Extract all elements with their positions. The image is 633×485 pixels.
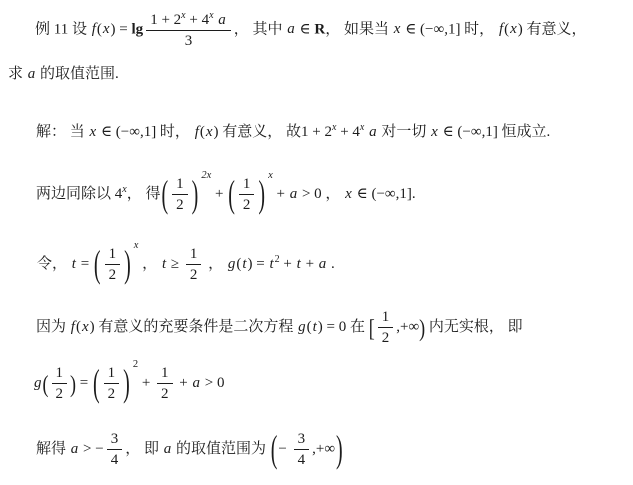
- fraction: 12: [239, 176, 255, 213]
- open-paren: (: [93, 246, 102, 284]
- text-run: 的取值范围为: [172, 441, 270, 457]
- text-run: ≥: [167, 256, 183, 272]
- math-variable: x: [89, 124, 98, 140]
- fraction: 12: [105, 246, 121, 283]
- math-variable: a: [163, 441, 173, 457]
- problem-statement-line-2: 求 a 的取值范围.: [8, 64, 119, 84]
- solution-conclusion: 解得 a > −34， 即 a 的取值范围为 (− 34,+∞): [36, 431, 344, 468]
- fraction: 12: [186, 246, 202, 283]
- paren-exponent: 2: [133, 360, 138, 371]
- fraction-denominator: 2: [52, 384, 68, 403]
- math-variable: x: [344, 186, 353, 202]
- text-run: 令，: [37, 256, 71, 272]
- paren-inner: 12: [101, 365, 123, 402]
- math-variable: x: [102, 21, 111, 37]
- text-run: 1 + 2: [150, 12, 181, 28]
- superscript: x: [209, 10, 213, 21]
- text-run: 的取值范围.: [36, 66, 119, 82]
- fraction: 12: [172, 176, 188, 213]
- open-paren: (: [160, 176, 169, 214]
- fraction-numerator: 1: [157, 365, 173, 384]
- text-run: ) =: [248, 256, 269, 272]
- paren-group: (12)x: [93, 246, 139, 283]
- paren-group: (12): [43, 365, 77, 402]
- open-paren: (: [92, 365, 101, 403]
- text-run: 解： 当: [36, 124, 89, 140]
- text-run: ) 有意义， 故1 + 2: [214, 124, 332, 140]
- paren-inner: 12: [236, 176, 258, 213]
- text-run: ) = 0 在: [318, 319, 369, 335]
- text-run: ，: [204, 256, 227, 272]
- fraction-denominator: 2: [186, 265, 202, 284]
- text-run: =: [76, 375, 92, 391]
- close-paren: ): [122, 365, 131, 403]
- math-variable: x: [205, 124, 214, 140]
- text-run: =: [77, 256, 93, 272]
- fraction-denominator: 4: [294, 450, 310, 469]
- close-paren: ): [257, 176, 266, 214]
- text-run: ， 如果当: [325, 21, 393, 37]
- text-run: + 4: [336, 124, 359, 140]
- fraction-numerator: 3: [107, 431, 123, 450]
- fraction-numerator: 1: [378, 309, 394, 328]
- close-paren: ): [70, 371, 76, 395]
- close-paren: ): [123, 246, 132, 284]
- fraction: 12: [52, 365, 68, 402]
- text-run: +: [280, 256, 296, 272]
- fraction-denominator: 2: [157, 384, 173, 403]
- text-run: ， 即: [125, 441, 163, 457]
- text-run: ) =: [111, 21, 132, 37]
- text-run: ) 有意义，: [518, 21, 587, 37]
- fraction-denominator: 2: [378, 328, 394, 347]
- math-variable: g: [33, 375, 43, 391]
- text-run: +: [138, 375, 154, 391]
- text-run: > −: [79, 441, 103, 457]
- fraction-numerator: 1: [52, 365, 68, 384]
- text-run: 因为: [36, 319, 70, 335]
- fraction-numerator: 1: [239, 176, 255, 195]
- math-variable: g: [297, 319, 307, 335]
- open-paren: (: [227, 176, 236, 214]
- text-run: > 0 ，: [298, 186, 344, 202]
- text-run: ， 得: [127, 186, 161, 202]
- solution-step-3: 令， t = (12)x ， t ≥ 12 ， g(t) = t2 + t + …: [37, 246, 335, 283]
- text-run: ∈: [296, 21, 315, 37]
- paren-group: (− 34,+∞): [270, 431, 344, 468]
- text-run: ∈ (−∞,1] 恒成立.: [439, 124, 551, 140]
- math-variable: x: [81, 319, 90, 335]
- text-run: +: [211, 186, 227, 202]
- text-run: ， 其中: [234, 21, 287, 37]
- text-run: ) 有意义的充要条件是二次方程: [90, 319, 298, 335]
- solution-step-5: g(12) = (12)2 + 12 + a > 0: [33, 365, 224, 402]
- fraction-numerator: 1: [104, 365, 120, 384]
- open-paren: (: [270, 431, 279, 469]
- fraction-denominator: 4: [107, 450, 123, 469]
- solution-step-1: 解： 当 x ∈ (−∞,1] 时， f(x) 有意义， 故1 + 2x + 4…: [36, 122, 550, 142]
- solution-step-4: 因为 f(x) 有意义的充要条件是二次方程 g(t) = 0 在 [12,+∞)…: [36, 309, 523, 346]
- paren-inner: 12: [169, 176, 191, 213]
- fraction: 12: [157, 365, 173, 402]
- math-variable: g: [227, 256, 237, 272]
- text-run: 两边同除以 4: [36, 186, 122, 202]
- math-variable: a: [318, 256, 328, 272]
- fraction-numerator: 1 + 2x + 4x a: [146, 11, 231, 31]
- bold-text-run: lg: [132, 21, 144, 37]
- text-run: ,+∞: [312, 441, 335, 457]
- text-run: > 0: [201, 375, 224, 391]
- fraction-numerator: 1: [172, 176, 188, 195]
- paren-exponent: 2x: [201, 171, 211, 182]
- close-paren: ): [335, 431, 344, 469]
- fraction: 34: [107, 431, 123, 468]
- math-variable: a: [192, 375, 202, 391]
- text-run: ∈ (−∞,1] 时，: [401, 21, 498, 37]
- open-paren: (: [43, 371, 49, 395]
- fraction-denominator: 2: [172, 195, 188, 214]
- text-run: 解得: [36, 441, 70, 457]
- fraction-denominator: 2: [104, 384, 120, 403]
- text-run: 内无实根， 即: [425, 319, 523, 335]
- fraction-denominator: 2: [239, 195, 255, 214]
- solution-step-2: 两边同除以 4x， 得(12)2x + (12)x + a > 0 ， x ∈ …: [36, 176, 416, 213]
- paren-inner: 12,+∞: [375, 309, 419, 346]
- paren-inner: 12: [102, 246, 124, 283]
- paren-group: (12)2: [92, 365, 138, 402]
- math-variable: a: [368, 124, 378, 140]
- close-paren: ): [419, 315, 425, 339]
- text-run: 求: [8, 66, 27, 82]
- close-paren: ): [191, 176, 200, 214]
- text-run: ∈ (−∞,1] 时，: [97, 124, 194, 140]
- fraction: 1 + 2x + 4x a3: [146, 11, 231, 49]
- text-run: +: [176, 375, 192, 391]
- fraction-denominator: 3: [146, 31, 231, 50]
- fraction-numerator: 1: [186, 246, 202, 265]
- document-page: 例 11 设 f(x) = lg1 + 2x + 4x a3， 其中 a ∈ R…: [0, 0, 633, 485]
- problem-statement-line-1: 例 11 设 f(x) = lg1 + 2x + 4x a3， 其中 a ∈ R…: [35, 11, 587, 49]
- text-run: ∈ (−∞,1].: [353, 186, 416, 202]
- bold-text-run: R: [314, 21, 325, 37]
- fraction: 34: [294, 431, 310, 468]
- fraction: 12: [104, 365, 120, 402]
- text-run: +: [302, 256, 318, 272]
- math-variable: x: [430, 124, 439, 140]
- text-run: (: [307, 319, 312, 335]
- open-paren: [: [369, 315, 375, 339]
- text-run: 例 11 设: [35, 21, 91, 37]
- fraction-denominator: 2: [105, 265, 121, 284]
- math-variable: a: [27, 66, 37, 82]
- text-run: ，: [138, 256, 161, 272]
- math-variable: a: [70, 441, 80, 457]
- math-variable: a: [286, 21, 296, 37]
- paren-group: (12)2x: [160, 176, 211, 213]
- paren-exponent: x: [268, 171, 273, 182]
- fraction-numerator: 1: [105, 246, 121, 265]
- fraction: 12: [378, 309, 394, 346]
- text-run: + 4: [186, 12, 209, 28]
- math-variable: a: [289, 186, 299, 202]
- text-run: 对一切: [378, 124, 431, 140]
- paren-group: (12)x: [227, 176, 273, 213]
- text-run: ,+∞: [396, 319, 419, 335]
- text-run: +: [273, 186, 289, 202]
- paren-group: [12,+∞): [369, 309, 425, 346]
- fraction-numerator: 3: [294, 431, 310, 450]
- paren-exponent: x: [134, 241, 139, 252]
- paren-inner: 12: [49, 365, 71, 402]
- text-run: .: [327, 256, 335, 272]
- math-variable: x: [509, 21, 518, 37]
- paren-inner: − 34,+∞: [278, 431, 335, 468]
- math-variable: a: [217, 12, 227, 28]
- text-run: −: [278, 441, 290, 457]
